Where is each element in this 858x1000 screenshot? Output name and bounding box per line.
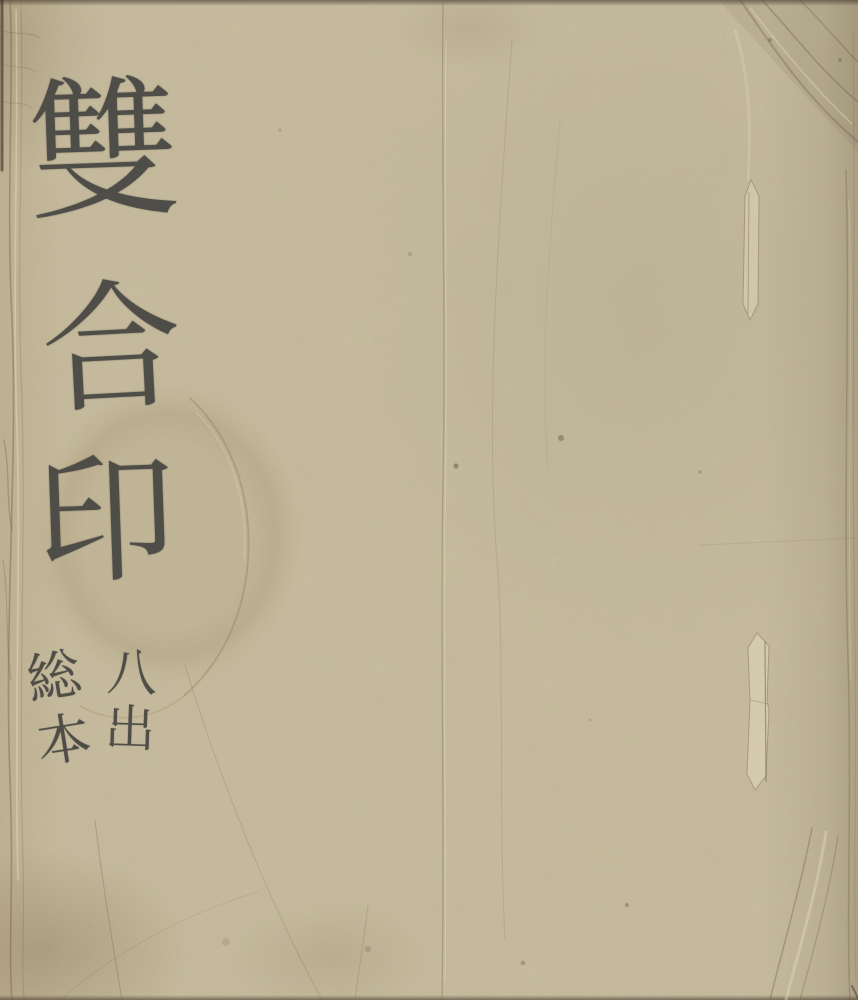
annotation-char-chu: 出 bbox=[104, 703, 156, 755]
right-edge-creases bbox=[700, 30, 858, 1000]
title-char-he: 合 bbox=[38, 276, 185, 423]
foxing-specks bbox=[222, 38, 842, 965]
title-char-shuang: 雙 bbox=[25, 73, 182, 230]
title-char-yin: 印 bbox=[34, 450, 179, 595]
annotation-char-ba: 八 bbox=[106, 647, 158, 699]
binding-slit-upper bbox=[743, 180, 759, 320]
faint-vertical-crease-right-of-center bbox=[492, 40, 560, 940]
binding-slit-lower bbox=[747, 633, 769, 790]
annotation-column-script: 総 本 bbox=[23, 647, 95, 772]
annotation-column-acts: 八 出 bbox=[104, 647, 158, 755]
manuscript-cover: 雙 合 印 八 出 総 本 bbox=[0, 0, 858, 1000]
top-right-fold bbox=[718, 0, 858, 180]
annotation-char-zong: 総 bbox=[23, 647, 85, 709]
annotation-char-ben: 本 bbox=[33, 710, 95, 772]
bottom-right-fold bbox=[770, 828, 858, 1000]
center-crease bbox=[442, 0, 446, 1000]
